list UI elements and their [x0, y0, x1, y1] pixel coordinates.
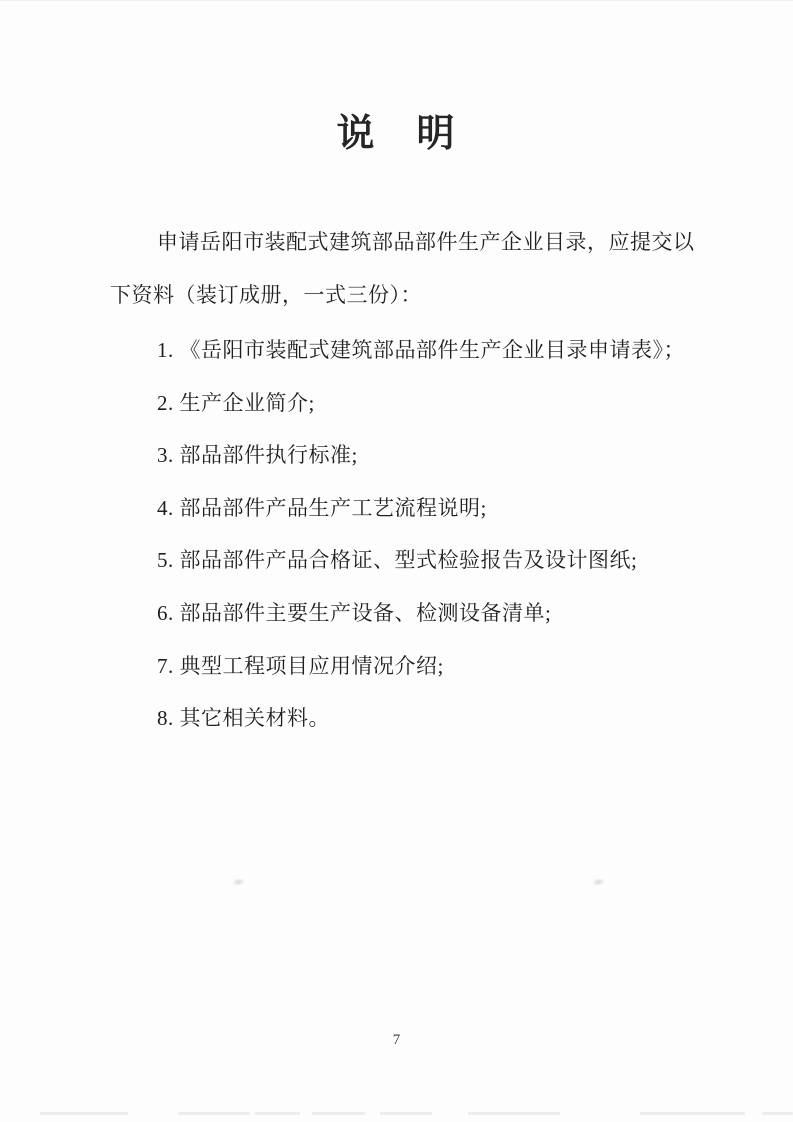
scan-edge-artifact	[0, 0, 793, 1]
page-number: 7	[0, 1030, 793, 1050]
list-item: 6. 部品部件主要生产设备、检测设备清单;	[110, 587, 760, 640]
scan-edge-artifact	[762, 1112, 793, 1115]
list-item: 7. 典型工程项目应用情况介绍;	[110, 640, 760, 693]
list-item: 2. 生产企业简介;	[110, 377, 760, 430]
scan-edge-artifact	[380, 1112, 432, 1115]
list-item: 3. 部品部件执行标准;	[110, 429, 760, 482]
scan-edge-artifact	[468, 1112, 560, 1115]
scanned-document-page: 说 明 申请岳阳市装配式建筑部品部件生产企业目录，应提交以下资料（装订成册，一式…	[0, 0, 793, 1122]
list-item: 8. 其它相关材料。	[110, 692, 760, 745]
required-materials-list: 1. 《岳阳市装配式建筑部品部件生产企业目录申请表》； 2. 生产企业简介; 3…	[110, 324, 760, 745]
list-item: 4. 部品部件产品生产工艺流程说明;	[110, 482, 760, 535]
scan-edge-artifact	[40, 1112, 128, 1115]
scan-smudge-artifact	[592, 877, 606, 887]
scan-edge-artifact	[178, 1112, 250, 1115]
scan-edge-artifact	[255, 1112, 300, 1115]
scan-smudge-artifact	[232, 877, 246, 887]
scan-edge-artifact	[312, 1112, 365, 1115]
list-item: 1. 《岳阳市装配式建筑部品部件生产企业目录申请表》；	[110, 324, 760, 377]
list-item: 5. 部品部件产品合格证、型式检验报告及设计图纸;	[110, 534, 760, 587]
scan-edge-artifact	[640, 1112, 745, 1115]
document-title: 说 明	[0, 112, 793, 156]
intro-paragraph: 申请岳阳市装配式建筑部品部件生产企业目录，应提交以下资料（装订成册，一式三份）：	[110, 216, 695, 322]
